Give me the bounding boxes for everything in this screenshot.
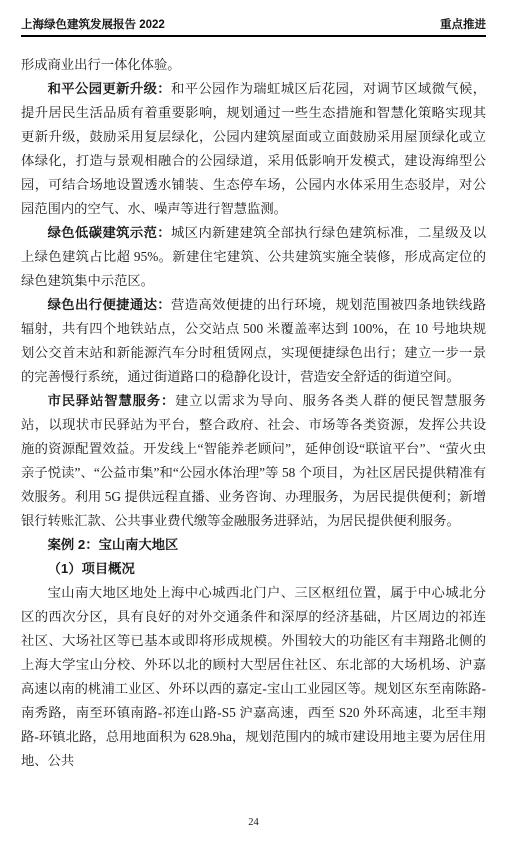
paragraph: 市民驿站智慧服务：建立以需求为导向、服务各类人群的便民智慧服务站，以现状市民驿站… bbox=[21, 389, 486, 533]
paragraph-lead-label: 市民驿站智慧服务： bbox=[48, 393, 176, 408]
section-heading: （1）项目概况 bbox=[21, 557, 486, 581]
paragraph: 宝山南大地区地处上海中心城西北门户、三区枢纽位置，属于中心城北分区的西次分区，具… bbox=[21, 581, 486, 773]
page-number: 24 bbox=[248, 817, 259, 828]
paragraph-text: 宝山南大地区地处上海中心城西北门户、三区枢纽位置，属于中心城北分区的西次分区，具… bbox=[21, 585, 486, 768]
paragraph-text: 建立以需求为导向、服务各类人群的便民智慧服务站，以现状市民驿站为平台，整合政府、… bbox=[21, 393, 486, 528]
paragraph: 和平公园更新升级：和平公园作为瑞虹城区后花园，对调节区域微气候，提升居民生活品质… bbox=[21, 77, 486, 221]
paragraph: 绿色低碳建筑示范：城区内新建建筑全部执行绿色建筑标准，二星级及以上绿色建筑占比超… bbox=[21, 221, 486, 293]
paragraph-lead-label: 绿色出行便捷通达： bbox=[48, 297, 171, 312]
document-page: 上海绿色建筑发展报告 2022 重点推进 形成商业出行一体化体验。和平公园更新升… bbox=[0, 0, 507, 841]
header-report-title: 上海绿色建筑发展报告 2022 bbox=[21, 18, 165, 32]
paragraph-lead-label: 和平公园更新升级： bbox=[48, 81, 171, 96]
header-section-title: 重点推进 bbox=[440, 18, 486, 32]
page-header: 上海绿色建筑发展报告 2022 重点推进 bbox=[21, 18, 486, 37]
section-heading: 案例 2：宝山南大地区 bbox=[21, 533, 486, 557]
paragraph: 绿色出行便捷通达：营造高效便捷的出行环境，规划范围被四条地铁线路辐射，共有四个地… bbox=[21, 293, 486, 389]
paragraph: 形成商业出行一体化体验。 bbox=[21, 53, 486, 77]
paragraph-text: （1）项目概况 bbox=[48, 561, 135, 576]
paragraph-text: 和平公园作为瑞虹城区后花园，对调节区域微气候，提升居民生活品质有着重要影响，规划… bbox=[21, 81, 486, 216]
paragraph-lead-label: 绿色低碳建筑示范： bbox=[48, 225, 171, 240]
page-footer: 24 bbox=[0, 817, 507, 828]
paragraph-text: 形成商业出行一体化体验。 bbox=[21, 57, 181, 72]
paragraph-text: 案例 2：宝山南大地区 bbox=[48, 537, 179, 552]
document-body: 形成商业出行一体化体验。和平公园更新升级：和平公园作为瑞虹城区后花园，对调节区域… bbox=[21, 53, 486, 773]
